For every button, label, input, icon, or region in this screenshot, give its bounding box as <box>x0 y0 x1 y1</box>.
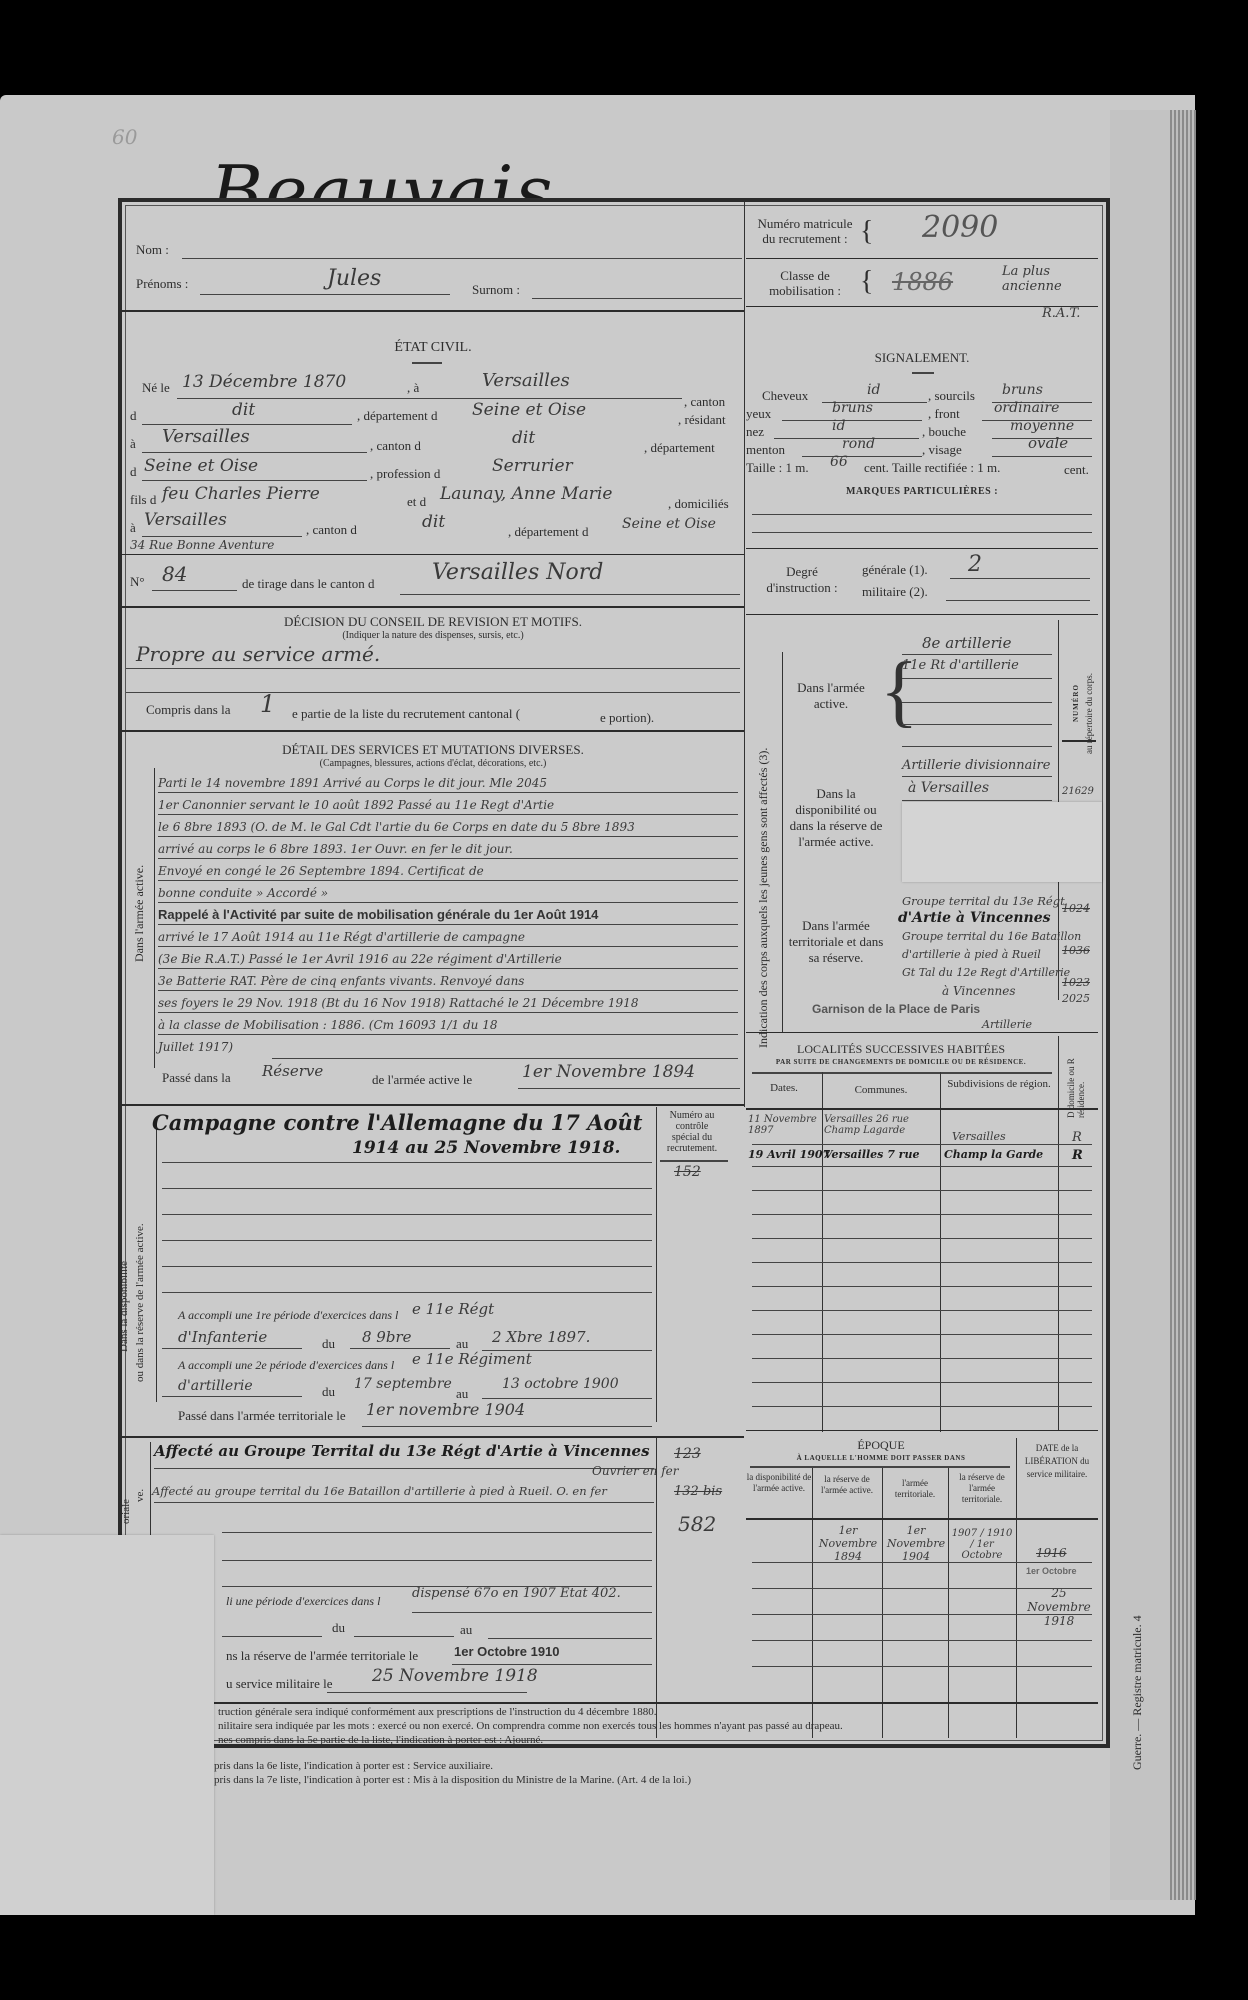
registre-matricule-label: Guerre. — Registre matricule. 4 <box>1130 1615 1145 1770</box>
tirage-canton: Versailles Nord <box>432 560 603 585</box>
pasted-paper-slip <box>902 802 1102 882</box>
localites-title: LOCALITÉS SUCCESSIVES HABITÉES <box>746 1042 1056 1057</box>
territoriale-periode-value: dispensé 67o en 1907 Etat 402. <box>412 1586 621 1601</box>
registration-form: Nom : Prénoms : Jules Surnom : ÉTAT CIVI… <box>118 198 1110 1748</box>
side-label-disponibilite-2: ou dans la réserve de l'armée active. <box>134 1223 146 1382</box>
localite-commune: Versailles 7 rue <box>824 1148 919 1161</box>
services-subtitle: (Campagnes, blessures, actions d'éclat, … <box>122 758 744 769</box>
service-entry: Parti le 14 novembre 1891 Arrivé au Corp… <box>158 776 547 790</box>
territoriale-au-label: au <box>460 1622 472 1638</box>
periode2-unit2: d'artillerie <box>178 1378 253 1394</box>
localites-col-subdivisions: Subdivisions de région. <box>940 1078 1058 1090</box>
services-title: DÉTAIL DES SERVICES ET MUTATIONS DIVERSE… <box>122 742 744 758</box>
localite-commune: Versailles 26 rue Champ Lagarde <box>824 1114 940 1136</box>
epoque-col-disponibilite: la disponibilité de l'armée active. <box>746 1472 812 1494</box>
localite-subdivision: Versailles <box>952 1130 1006 1143</box>
departement3-label: , département d <box>508 524 589 540</box>
service-entry: le 6 8bre 1893 (O. de M. le Gal Cdt l'ar… <box>158 820 635 834</box>
corps-terr-value: Gt Tal du 12e Regt d'Artillerie <box>902 966 1070 979</box>
periode1-label: A accompli une 1re période d'exercices d… <box>178 1308 398 1323</box>
cheveux-label: Cheveux <box>762 388 808 404</box>
reserve-territoriale-date: 1er Octobre 1910 <box>454 1644 560 1659</box>
pencil-page-number: 60 <box>112 125 137 149</box>
territoriale-du-label: du <box>332 1620 345 1636</box>
front-value: ordinaire <box>994 400 1059 416</box>
territoriale-date: 1er novembre 1904 <box>366 1400 525 1419</box>
tirage-number: 84 <box>162 562 187 586</box>
tirage-label: de tirage dans le canton d <box>242 576 374 592</box>
numero-controle-value: 152 <box>674 1164 701 1180</box>
prenoms-value: Jules <box>327 266 381 291</box>
footnote-1: truction générale sera indiqué conformém… <box>218 1706 656 1718</box>
service-entry: bonne conduite » Accordé » <box>158 886 328 900</box>
residence-departement: Seine et Oise <box>144 456 258 476</box>
book-page-edges <box>1170 110 1196 1900</box>
ne-le-label: Né le <box>142 380 170 396</box>
matricule-value: 2090 <box>922 210 998 245</box>
corps-terr-num: 1023 <box>1062 976 1090 989</box>
reserve-territoriale-label: ns la réserve de l'armée territoriale le <box>226 1648 418 1664</box>
bouche-label: , bouche <box>922 424 966 440</box>
service-entry: ses foyers le 29 Nov. 1918 (Bt du 16 Nov… <box>158 996 638 1010</box>
nom-label: Nom : <box>136 242 169 258</box>
canton3-label: , canton d <box>306 522 357 538</box>
departement-label: , département d <box>357 408 438 424</box>
epoque-title: ÉPOQUE <box>746 1438 1016 1453</box>
numero-controle-header: Numéro au contrôle spécial du recrutemen… <box>662 1110 722 1154</box>
date-liberation-header: DATE de la LIBÉRATION du service militai… <box>1016 1442 1098 1481</box>
affectation-line-1: Affecté au Groupe Territal du 13e Régt d… <box>154 1442 650 1460</box>
footnote-5: pris dans la 7e liste, l'indication à po… <box>214 1774 691 1786</box>
degre-instruction-label: Degré d'instruction : <box>762 564 842 596</box>
compris-label: Compris dans la <box>146 702 231 718</box>
bouche-value: moyenne <box>1010 418 1074 434</box>
corps-terr-value: à Vincennes <box>942 984 1016 998</box>
corps-active-label: Dans l'armée active. <box>786 680 876 712</box>
service-entry: Juillet 1917) <box>158 1040 233 1054</box>
menton-label: menton <box>746 442 785 458</box>
profession-label: , profession d <box>370 466 440 482</box>
du-label: du <box>322 1336 335 1352</box>
passe-reserve-date: 1er Novembre 1894 <box>522 1062 695 1082</box>
corps-terr-label: Dans l'armée territoriale et dans sa rés… <box>786 918 886 966</box>
side-label-territoriale-2: ve. <box>134 1489 146 1502</box>
visage-value: ovale <box>1028 434 1068 452</box>
classe-value-struck: 1886 <box>892 268 953 296</box>
service-entry: Envoyé en congé le 26 Septembre 1894. Ce… <box>158 864 484 878</box>
sourcils-value: bruns <box>1002 382 1043 398</box>
du-label-2: du <box>322 1384 335 1400</box>
parents-canton: dit <box>422 512 445 532</box>
mobilisation-stamp: Rappelé à l'Activité par suite de mobili… <box>158 907 598 922</box>
territoriale-periode-label: li une période d'exercices dans l <box>226 1594 380 1609</box>
periode1-unit: e 11e Régt <box>412 1300 494 1318</box>
father-name: feu Charles Pierre <box>162 484 320 504</box>
compris-value: 1 <box>260 690 275 718</box>
periode2-label: A accompli une 2e période d'exercices da… <box>178 1358 394 1373</box>
canton2-label: , canton d <box>370 438 421 454</box>
pasted-paper-slip <box>0 1535 214 1915</box>
footnote-3: nes compris dans la 5e partie de la list… <box>218 1734 543 1746</box>
corps-dispo-value: Artillerie divisionnaire <box>902 758 1050 773</box>
fils-label: fils d <box>130 492 156 508</box>
sourcils-label: , sourcils <box>928 388 975 404</box>
birth-date: 13 Décembre 1870 <box>182 372 346 392</box>
et-label: et d <box>407 494 426 510</box>
periode1-unit2: d'Infanterie <box>178 1328 267 1346</box>
epoque-reserve-active-date: 1er Novembre 1894 <box>816 1524 880 1563</box>
birth-place: Versailles <box>482 370 570 391</box>
generale-value: 2 <box>968 552 982 577</box>
passe-reserve-value: Réserve <box>262 1062 323 1080</box>
numero-repertoire-header: NUMÉRO <box>1072 684 1080 722</box>
brace-icon: { <box>860 266 873 298</box>
cent-label: cent. <box>1064 462 1089 478</box>
territoriale-label: Passé dans l'armée territoriale le <box>178 1408 346 1424</box>
service-entry: 3e Batterie RAT. Père de cinq enfants vi… <box>158 974 524 988</box>
menton-value: rond <box>842 436 875 452</box>
front-label: , front <box>928 406 960 422</box>
localites-subtitle: PAR SUITE DE CHANGEMENTS DE DOMICILE OU … <box>746 1058 1056 1066</box>
classe-note-rat: R.A.T. <box>1042 306 1080 321</box>
affectation-line-2: Affecté au groupe territal du 16e Batail… <box>152 1484 607 1498</box>
residence-town: Versailles <box>162 426 250 447</box>
brace-icon: { <box>860 216 873 248</box>
footnote-2: nilitaire sera indiquée par les mots : e… <box>218 1720 843 1732</box>
periode2-du: 17 septembre <box>354 1376 452 1392</box>
localites-col-dates: Dates. <box>746 1082 822 1094</box>
epoque-territoriale-date: 1er Novembre 1904 <box>884 1524 948 1563</box>
garnison-note: Artillerie <box>982 1018 1032 1031</box>
departement2-label: , département <box>644 440 715 456</box>
campagne-line-1: Campagne contre l'Allemagne du 17 Août <box>152 1110 643 1135</box>
periode1-au: 2 Xbre 1897. <box>492 1328 590 1346</box>
birth-canton: dit <box>232 400 255 420</box>
corps-terr-num: 1036 <box>1062 944 1090 957</box>
localite-type: R <box>1072 1148 1083 1163</box>
epoque-col-reserve-territoriale: la réserve de l'armée territoriale. <box>948 1472 1016 1505</box>
periode2-au: 13 octobre 1900 <box>502 1376 619 1392</box>
epoque-col-reserve-active: la réserve de l'armée active. <box>812 1474 882 1496</box>
decision-subtitle: (Indiquer la nature des dispenses, sursi… <box>122 630 744 641</box>
corps-active-value: 11e Rt d'artillerie <box>902 658 1019 673</box>
corps-dispo-label: Dans la disponibilité ou dans la réserve… <box>786 786 886 850</box>
liberation-label: u service militaire le <box>226 1676 332 1692</box>
epoque-col-territoriale: l'armée territoriale. <box>882 1478 948 1500</box>
surnom-label: Surnom : <box>472 282 520 298</box>
corps-terr-value: d'artillerie à pied à Rueil <box>902 948 1041 961</box>
visage-label: , visage <box>922 442 962 458</box>
affectation-num-2: 132 bis <box>674 1484 722 1499</box>
service-entry: arrivé au corps le 6 8bre 1893. 1er Ouvr… <box>158 842 513 856</box>
corps-terr-num: 1024 <box>1062 902 1090 915</box>
corps-active-value: 8e artillerie <box>922 634 1011 652</box>
corps-terr-value: Groupe territal du 16e Bataillon <box>902 930 1081 943</box>
a3-label: à <box>130 520 136 536</box>
portion-suffix: e portion). <box>600 710 654 726</box>
profession-value: Serrurier <box>492 456 573 476</box>
nez-label: nez <box>746 424 764 440</box>
militaire-label: militaire (2). <box>862 584 928 600</box>
localite-subdivision: Champ la Garde <box>944 1148 1043 1161</box>
signalement-title: SIGNALEMENT. <box>746 350 1098 366</box>
taille-label: Taille : 1 m. <box>746 460 809 476</box>
side-label-corps: Indication des corps auxquels les jeunes… <box>756 748 771 1048</box>
liberation-stamp: 1er Octobre <box>1026 1566 1077 1576</box>
yeux-value: bruns <box>832 400 873 416</box>
parents-address: 34 Rue Bonne Aventure <box>130 538 274 552</box>
compris-suffix: e partie de la liste du recrutement cant… <box>292 706 520 722</box>
parents-departement: Seine et Oise <box>622 516 716 532</box>
taille-value: 66 <box>830 454 848 470</box>
side-label-territoriale: oriale <box>120 1499 132 1524</box>
corps-terr-value: d'Artie à Vincennes <box>898 910 1051 926</box>
residence-canton: dit <box>512 428 535 448</box>
de-label: d <box>130 464 137 480</box>
prenoms-label: Prénoms : <box>136 276 188 292</box>
service-entry: 1er Canonnier servant le 10 août 1892 Pa… <box>158 798 554 812</box>
parents-town: Versailles <box>144 510 227 530</box>
affectation-num-1: 123 <box>674 1446 701 1462</box>
localites-col-communes: Communes. <box>822 1084 940 1096</box>
periode2-unit: e 11e Régiment <box>412 1350 532 1368</box>
cheveux-value: id <box>867 382 880 398</box>
generale-label: générale (1). <box>862 562 928 578</box>
birth-departement: Seine et Oise <box>472 400 586 420</box>
passe-reserve-label: Passé dans la <box>162 1070 231 1086</box>
passe-reserve-suffix: de l'armée active le <box>372 1072 472 1088</box>
localite-date: 19 Avril 1907 <box>748 1148 830 1161</box>
canton-label: , canton <box>684 394 725 410</box>
a2-label: à <box>130 436 136 452</box>
classe-note: La plus ancienne <box>1002 264 1097 294</box>
corps-dispo-value: à Versailles <box>908 780 989 796</box>
d-label: d <box>130 408 137 424</box>
yeux-label: yeux <box>746 406 771 422</box>
service-entry: (3e Bie R.A.T.) Passé le 1er Avril 1916 … <box>158 952 562 966</box>
taille-rectifiee-label: cent. Taille rectifiée : 1 m. <box>864 460 1000 476</box>
matricule-label: Numéro matricule du recrutement : <box>750 216 860 246</box>
corps-terr-num: 2025 <box>1062 992 1090 1005</box>
tirage-no-label: N° <box>130 574 145 590</box>
classe-label: Classe de mobilisation : <box>750 268 860 298</box>
liberation-date-final: 25 Novembre 1918 <box>1022 1586 1096 1628</box>
epoque-reserve-territoriale-date: 1907 / 1910 / 1er Octobre <box>950 1528 1014 1561</box>
side-label-armee-active: Dans l'armée active. <box>132 865 147 962</box>
side-label-disponibilite-1: Dans la disponibilité <box>118 1261 130 1352</box>
localite-date: 11 Novembre 1897 <box>748 1114 820 1136</box>
service-entry: à la classe de Mobilisation : 1886. (Cm … <box>158 1018 497 1032</box>
mother-name: Launay, Anne Marie <box>440 484 612 504</box>
affectation-num-3: 582 <box>678 1512 716 1536</box>
footnote-4: pris dans la 6e liste, l'indication à po… <box>214 1760 493 1772</box>
service-entry: arrivé le 17 Août 1914 au 11e Régt d'art… <box>158 930 525 944</box>
corps-terr-value: Groupe territal du 13e Régt <box>902 894 1065 908</box>
a-label: , à <box>407 380 419 396</box>
localite-type: R <box>1072 1130 1082 1145</box>
garnison-stamp: Garnison de la Place de Paris <box>812 1002 980 1016</box>
periode1-du: 8 9bre <box>362 1328 412 1346</box>
nez-value: id <box>832 418 845 434</box>
campagne-line-2: 1914 au 25 Novembre 1918. <box>352 1138 620 1158</box>
etat-civil-title: ÉTAT CIVIL. <box>122 340 744 356</box>
residant-label: , résidant <box>678 412 726 428</box>
affectation-note: Ouvrier en fer <box>592 1464 679 1478</box>
epoque-subtitle: À LAQUELLE L'HOMME DOIT PASSER DANS <box>746 1454 1016 1462</box>
corps-dispo-num: 21629 <box>1062 786 1094 797</box>
marques-label: MARQUES PARTICULIÈRES : <box>746 486 1098 497</box>
decision-value: Propre au service armé. <box>136 642 380 666</box>
liberation-date-struck: 1916 <box>1036 1546 1067 1560</box>
decision-title: DÉCISION DU CONSEIL DE REVISION ET MOTIF… <box>122 614 744 630</box>
domicilies-label: , domiciliés <box>668 496 729 512</box>
liberation-date: 25 Novembre 1918 <box>372 1666 538 1686</box>
